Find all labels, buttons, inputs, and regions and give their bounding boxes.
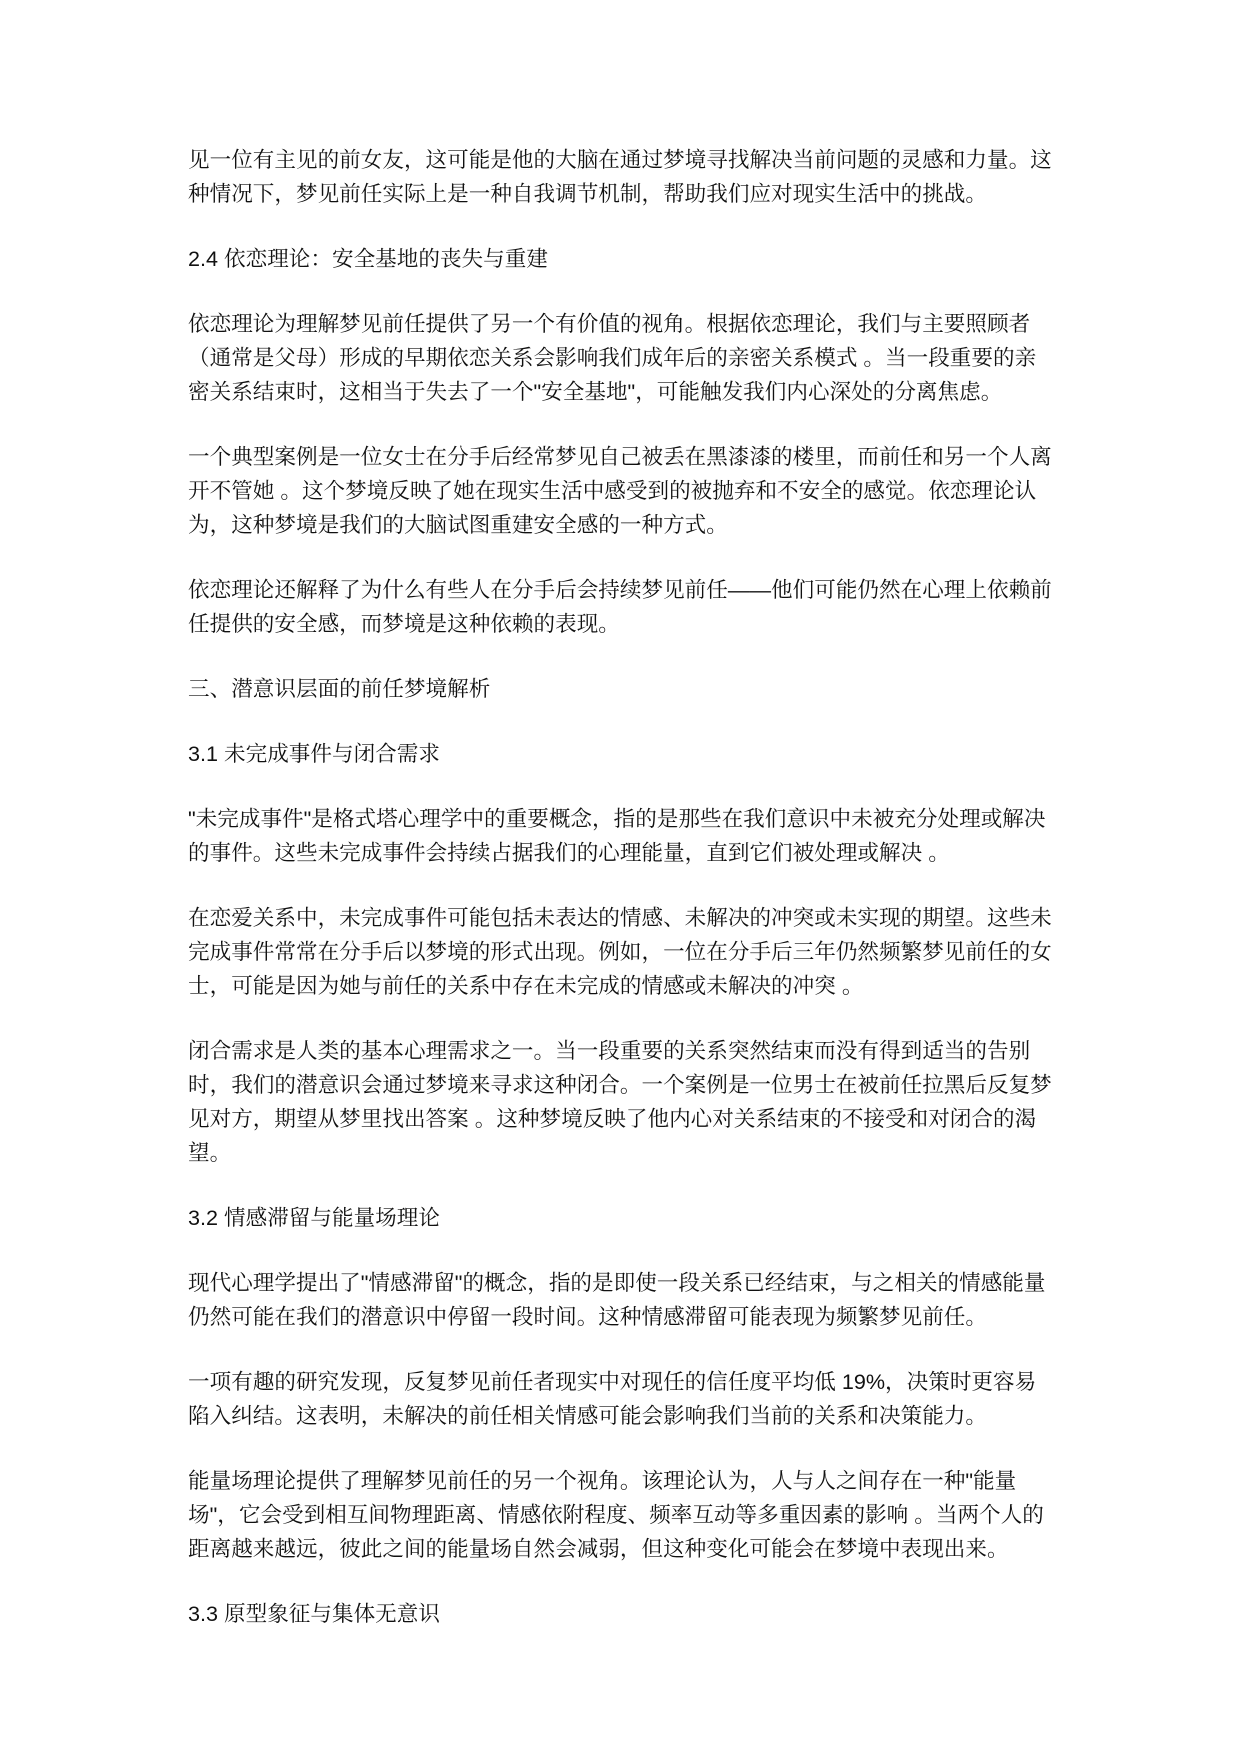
- paragraph-attachment-explanation: 依恋理论还解释了为什么有些人在分手后会持续梦见前任——他们可能仍然在心理上依赖前…: [188, 573, 1052, 641]
- paragraph-trust-study: 一项有趣的研究发现，反复梦见前任者现实中对现任的信任度平均低 19%，决策时更容…: [188, 1365, 1052, 1433]
- document-page: 见一位有主见的前女友，这可能是他的大脑在通过梦境寻找解决当前问题的灵感和力量。这…: [0, 0, 1240, 1752]
- paragraph-attachment-case: 一个典型案例是一位女士在分手后经常梦见自己被丢在黑漆漆的楼里，而前任和另一个人离…: [188, 440, 1052, 542]
- paragraph-energy-field-theory: 能量场理论提供了理解梦见前任的另一个视角。该理论认为，人与人之间存在一种"能量场…: [188, 1464, 1052, 1566]
- paragraph-need-for-closure: 闭合需求是人类的基本心理需求之一。当一段重要的关系突然结束而没有得到适当的告别时…: [188, 1034, 1052, 1170]
- paragraph-continuation: 见一位有主见的前女友，这可能是他的大脑在通过梦境寻找解决当前问题的灵感和力量。这…: [188, 143, 1052, 211]
- section-heading-2-4: 2.4 依恋理论：安全基地的丧失与重建: [188, 242, 1052, 276]
- paragraph-unfinished-business-concept: "未完成事件"是格式塔心理学中的重要概念，指的是那些在我们意识中未被充分处理或解…: [188, 802, 1052, 870]
- section-heading-3-2: 3.2 情感滞留与能量场理论: [188, 1201, 1052, 1235]
- section-heading-3: 三、潜意识层面的前任梦境解析: [188, 672, 1052, 706]
- paragraph-emotional-residue: 现代心理学提出了"情感滞留"的概念，指的是即使一段关系已经结束，与之相关的情感能…: [188, 1266, 1052, 1334]
- section-heading-3-3: 3.3 原型象征与集体无意识: [188, 1597, 1052, 1631]
- section-heading-3-1: 3.1 未完成事件与闭合需求: [188, 737, 1052, 771]
- paragraph-attachment-theory-intro: 依恋理论为理解梦见前任提供了另一个有价值的视角。根据依恋理论，我们与主要照顾者（…: [188, 307, 1052, 409]
- paragraph-unfinished-business-romance: 在恋爱关系中，未完成事件可能包括未表达的情感、未解决的冲突或未实现的期望。这些未…: [188, 901, 1052, 1003]
